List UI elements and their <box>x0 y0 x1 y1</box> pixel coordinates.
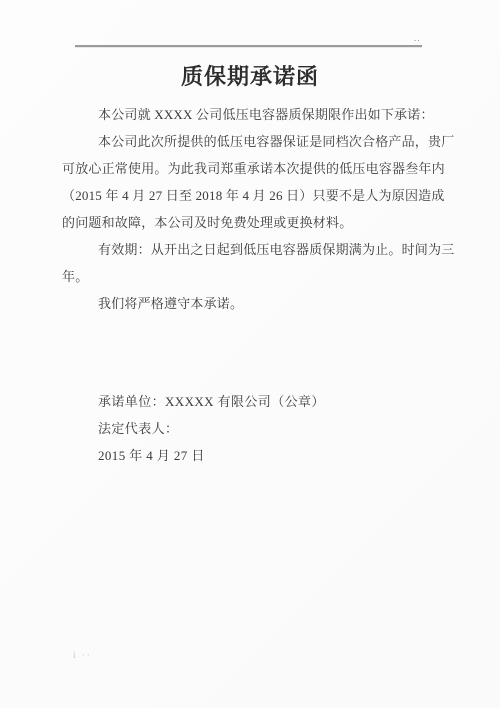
signature-unit-line: 承诺单位：XXXXX 有限公司（公章） <box>98 388 325 415</box>
signature-legal-rep-line: 法定代表人： <box>98 415 325 442</box>
signature-date-line: 2015 年 4 月 27 日 <box>98 442 325 469</box>
paragraph-2-line-3: （2015 年 4 月 27 日至 2018 年 4 月 26 日）只要不是人为… <box>62 182 428 209</box>
paragraph-1-line-1: 本公司就 XXXX 公司低压电容器质保期限作出如下承诺： <box>62 101 428 128</box>
top-right-smudge-mark: .. <box>414 33 421 43</box>
paragraph-3-line-1: 有效期：从开出之日起到低压电容器质保期满为止。时间为三 <box>62 236 428 263</box>
document-title: 质保期承诺函 <box>0 62 500 92</box>
header-rule-line <box>75 45 422 47</box>
document-body: 本公司就 XXXX 公司低压电容器质保期限作出如下承诺： 本公司此次所提供的低压… <box>62 101 428 317</box>
paragraph-2-line-2: 可放心正常使用。为此我司郑重承诺本次提供的低压电容器叁年内 <box>62 155 428 182</box>
paragraph-2-line-4: 的问题和故障，本公司及时免费处理或更换材料。 <box>62 209 428 236</box>
document-page: .. 质保期承诺函 本公司就 XXXX 公司低压电容器质保期限作出如下承诺： 本… <box>0 0 500 708</box>
paragraph-3-line-2: 年。 <box>62 263 428 290</box>
bottom-left-smudge-mark: i ·· <box>73 650 92 660</box>
paragraph-4-line-1: 我们将严格遵守本承诺。 <box>62 290 428 317</box>
signature-block: 承诺单位：XXXXX 有限公司（公章） 法定代表人： 2015 年 4 月 27… <box>98 388 325 469</box>
paragraph-2-line-1: 本公司此次所提供的低压电容器保证是同档次合格产品，贵厂 <box>62 128 428 155</box>
